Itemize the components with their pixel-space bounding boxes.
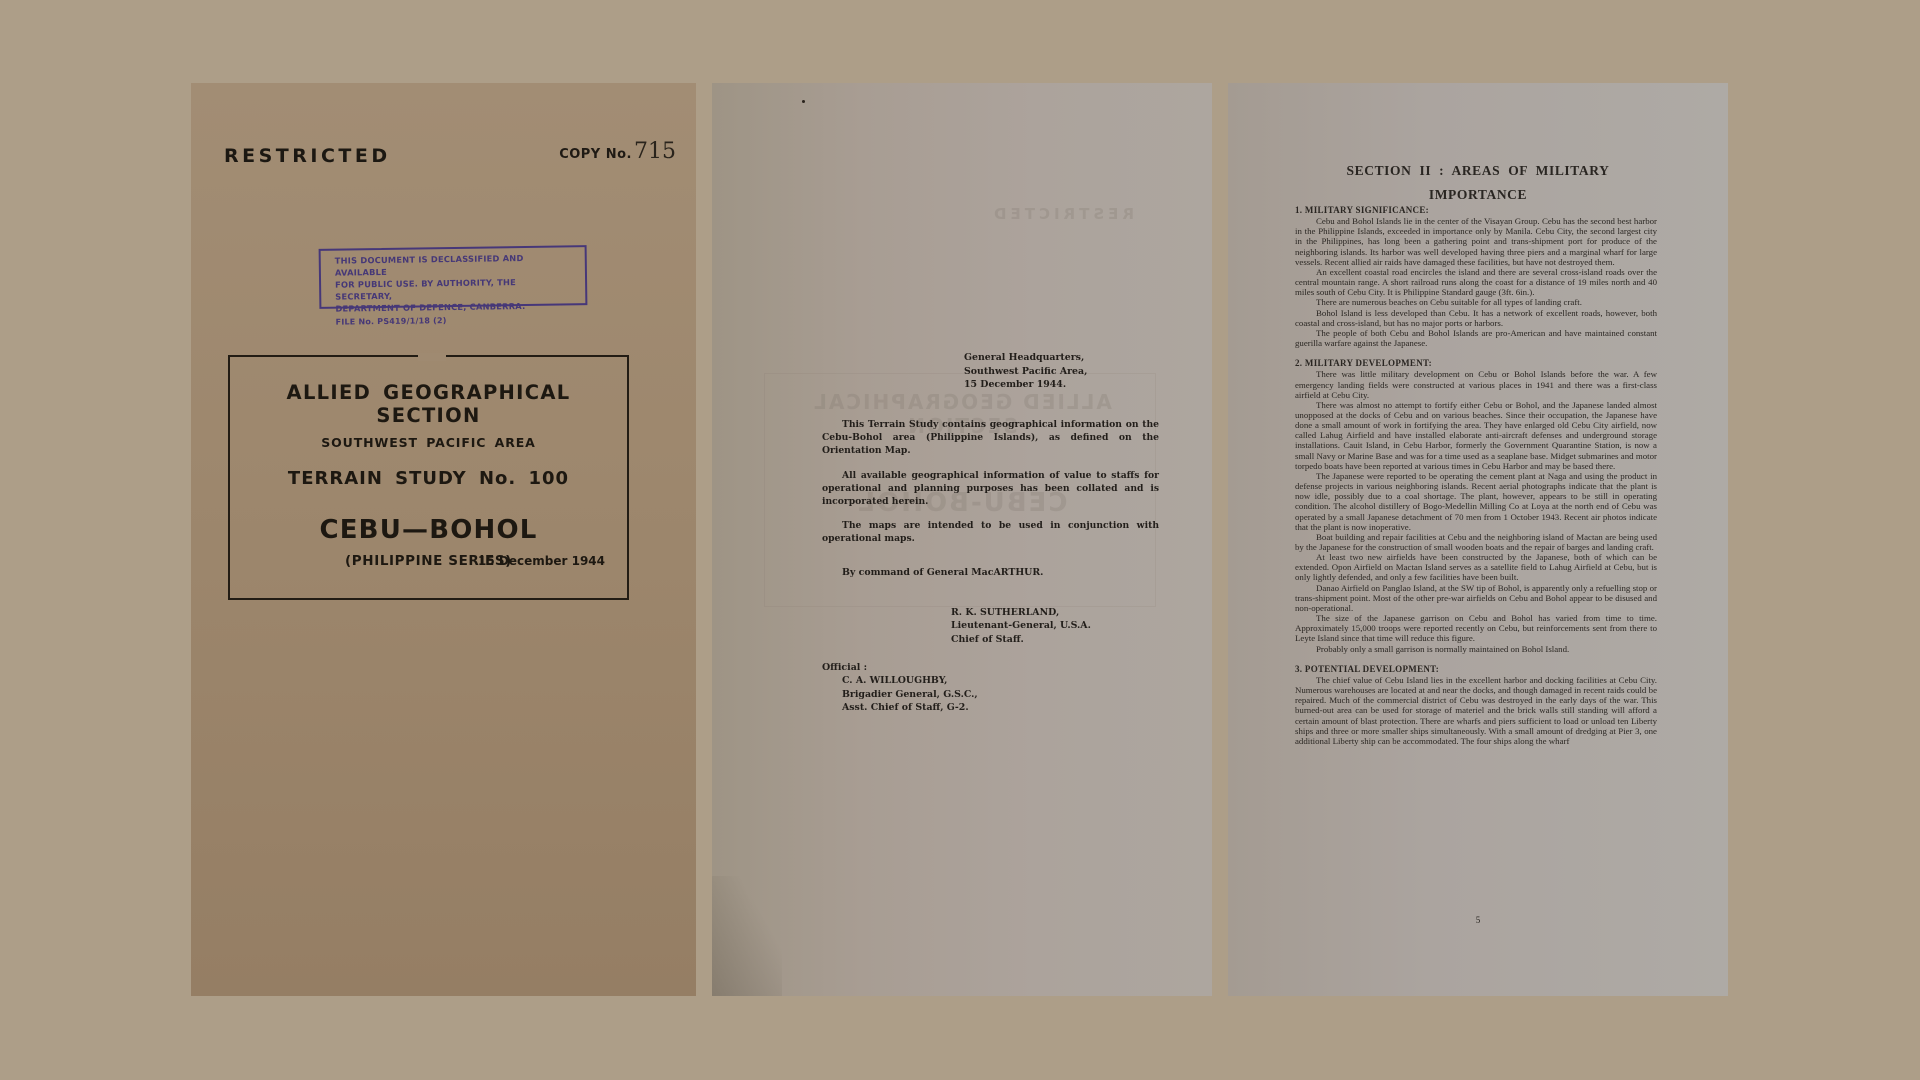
by-command-line: By command of General MacARTHUR.	[842, 567, 1043, 578]
hq-line: 15 December 1944.	[964, 378, 1087, 392]
body-paragraph: The chief value of Cebu Island lies in t…	[1295, 675, 1657, 746]
stamp-file-no: FILE No. PS419/1/18 (2)	[336, 313, 576, 328]
signature-line: C. A. WILLOUGHBY,	[822, 674, 978, 687]
body-paragraph: At least two new airfields have been con…	[1295, 552, 1657, 582]
official-signature: Official : C. A. WILLOUGHBY, Brigadier G…	[822, 661, 978, 715]
cover-date: 15 December 1944	[478, 554, 605, 568]
cover-title-box: ALLIED GEOGRAPHICAL SECTION SOUTHWEST PA…	[228, 355, 629, 600]
section-title-line: SECTION II : AREAS OF MILITARY	[1228, 159, 1728, 183]
body-paragraph: The Japanese were reported to be operati…	[1295, 471, 1657, 532]
copy-number-value: 715	[634, 139, 676, 164]
declassified-stamp: THIS DOCUMENT IS DECLASSIFIED AND AVAILA…	[319, 245, 588, 309]
section-title: SECTION II : AREAS OF MILITARY IMPORTANC…	[1228, 159, 1728, 207]
signature-line: Brigadier General, G.S.C.,	[822, 688, 978, 701]
body-paragraph: There are numerous beaches on Cebu suita…	[1295, 297, 1657, 307]
stamp-line: DEPARTMENT OF DEFENCE, CANBERRA.	[335, 299, 575, 314]
signature-line: Lieutenant-General, U.S.A.	[951, 619, 1091, 632]
copy-number: COPY No.715	[559, 139, 676, 164]
foreword-paragraphs: This Terrain Study contains geographical…	[822, 418, 1159, 557]
foreword-paragraph: The maps are intended to be used in conj…	[822, 519, 1159, 545]
body-paragraph: The people of both Cebu and Bohol Island…	[1295, 328, 1657, 348]
official-label: Official :	[822, 661, 978, 674]
classification-label: RESTRICTED	[224, 145, 391, 167]
hq-line: General Headquarters,	[964, 351, 1087, 365]
body-paragraph: Cebu and Bohol Islands lie in the center…	[1295, 216, 1657, 267]
section-body: 1. MILITARY SIGNIFICANCE:Cebu and Bohol …	[1295, 205, 1657, 746]
body-paragraph: Probably only a small garrison is normal…	[1295, 644, 1657, 654]
stamp-line: THIS DOCUMENT IS DECLASSIFIED AND AVAILA…	[335, 251, 575, 278]
cover-page: RESTRICTED COPY No.715 THIS DOCUMENT IS …	[191, 83, 696, 996]
page-shadow	[712, 876, 782, 996]
signature-line: Chief of Staff.	[951, 633, 1091, 646]
area-name: SOUTHWEST PACIFIC AREA	[230, 435, 627, 450]
study-number: TERRAIN STUDY No. 100	[230, 468, 627, 489]
paper-speck	[802, 100, 805, 103]
chief-of-staff-signature: R. K. SUTHERLAND, Lieutenant-General, U.…	[951, 606, 1091, 646]
section-title-line: IMPORTANCE	[1228, 183, 1728, 207]
body-paragraph: The size of the Japanese garrison on Ceb…	[1295, 613, 1657, 643]
page-number: 5	[1228, 915, 1728, 925]
foreword-page: RESTRICTED ALLIED GEOGRAPHICAL SECTION C…	[712, 83, 1212, 996]
body-paragraph: There was little military development on…	[1295, 369, 1657, 399]
subsection-heading: 3. POTENTIAL DEVELOPMENT:	[1295, 664, 1657, 674]
hq-line: Southwest Pacific Area,	[964, 365, 1087, 379]
subsection-heading: 2. MILITARY DEVELOPMENT:	[1295, 358, 1657, 368]
body-paragraph: Danao Airfield on Panglao Island, at the…	[1295, 583, 1657, 613]
foreword-paragraph: All available geographical information o…	[822, 469, 1159, 509]
signature-line: R. K. SUTHERLAND,	[951, 606, 1091, 619]
organization-name: ALLIED GEOGRAPHICAL SECTION	[230, 381, 627, 427]
document-title: CEBU—BOHOL	[230, 515, 627, 545]
subsection-heading: 1. MILITARY SIGNIFICANCE:	[1295, 205, 1657, 215]
bleed-through-text: RESTRICTED	[962, 205, 1162, 223]
body-paragraph: Bohol Island is less developed than Cebu…	[1295, 308, 1657, 328]
signature-line: Asst. Chief of Staff, G-2.	[822, 701, 978, 714]
hq-block: General Headquarters, Southwest Pacific …	[964, 351, 1087, 392]
section-page: SECTION II : AREAS OF MILITARY IMPORTANC…	[1228, 83, 1728, 996]
body-paragraph: An excellent coastal road encircles the …	[1295, 267, 1657, 297]
body-paragraph: There was almost no attempt to fortify e…	[1295, 400, 1657, 471]
body-paragraph: Boat building and repair facilities at C…	[1295, 532, 1657, 552]
foreword-paragraph: This Terrain Study contains geographical…	[822, 418, 1159, 458]
stamp-line: FOR PUBLIC USE. BY AUTHORITY, THE SECRET…	[335, 275, 575, 302]
copy-label: COPY No.	[559, 147, 632, 162]
border-tear	[418, 353, 446, 361]
